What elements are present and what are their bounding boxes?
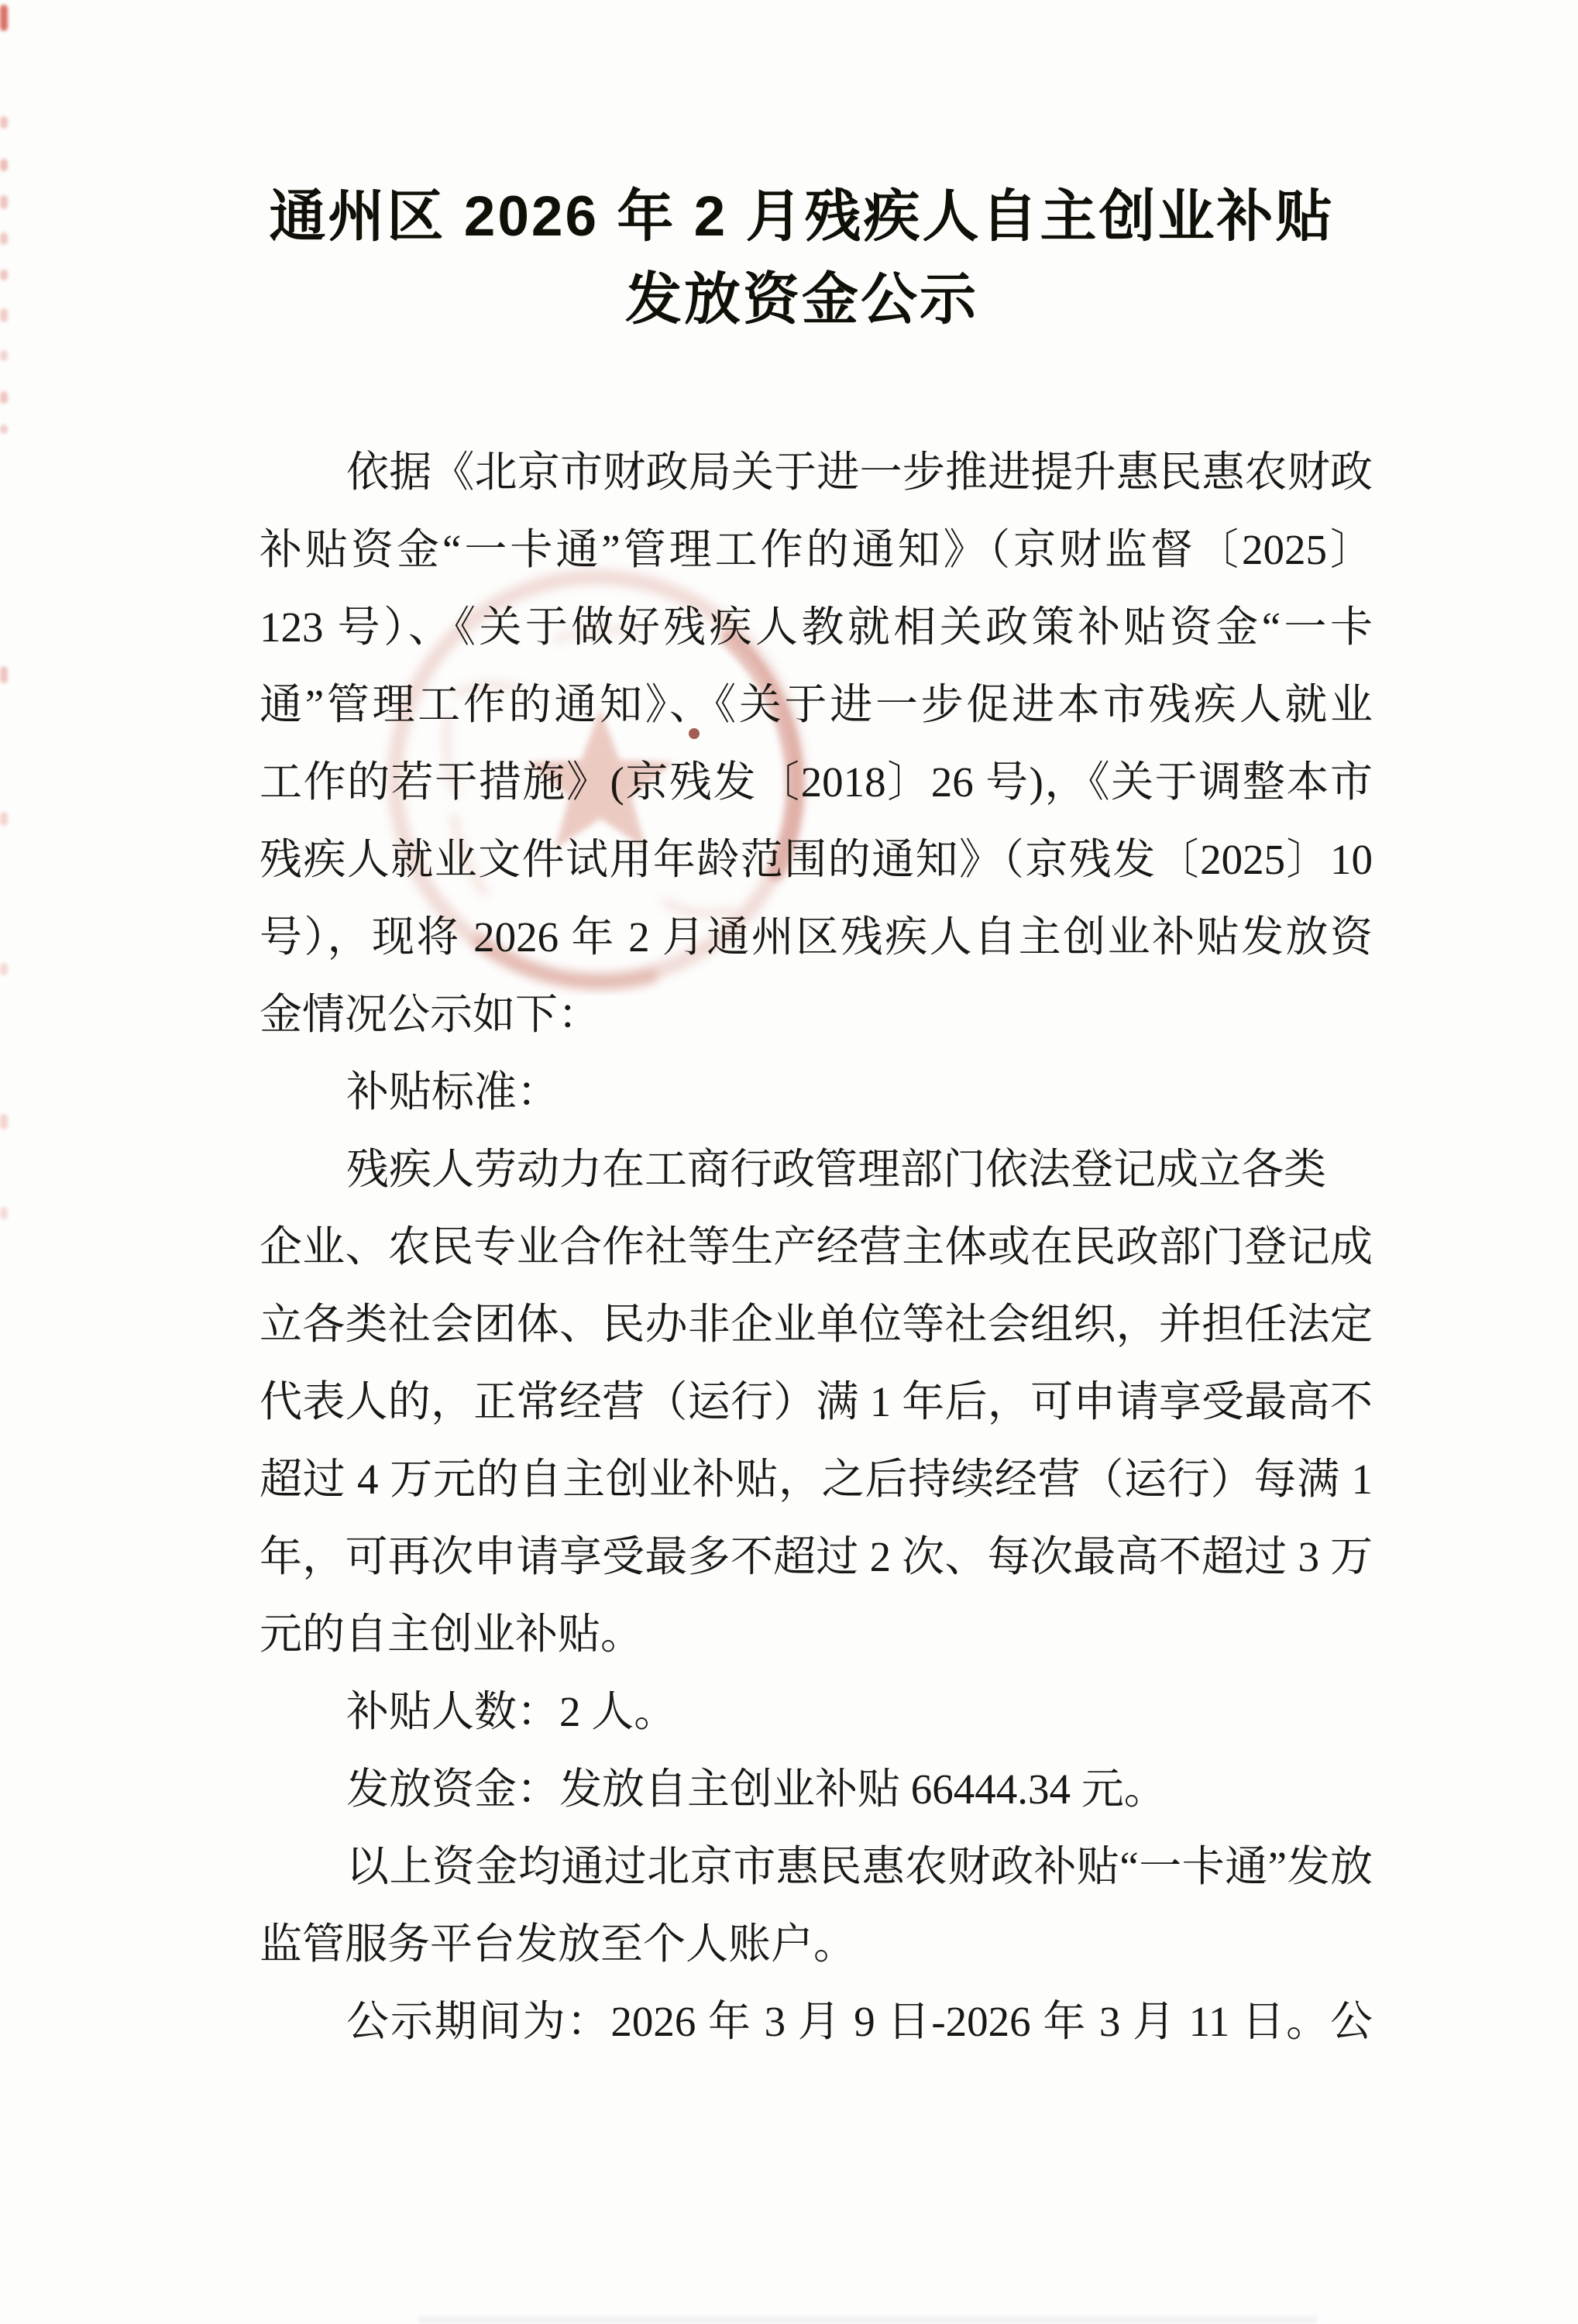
- title-line-2: 发放资金公示: [232, 258, 1371, 341]
- body-line: 依据《北京市财政局关于进一步推进提升惠民惠农财政: [260, 434, 1373, 511]
- body-line: 公示期间为：2026 年 3 月 9 日-2026 年 3 月 11 日。公示: [260, 1983, 1373, 2061]
- scan-edge-artifact: [0, 1207, 8, 1219]
- scan-edge-artifact: [0, 232, 8, 245]
- body-line: 工作的若干措施》(京残发〔2018〕26 号)，《关于调整本市: [260, 744, 1373, 821]
- body-line: 企业、农民专业合作社等生产经营主体或在民政部门登记成: [260, 1208, 1373, 1286]
- body-line: 年，可再次申请享受最多不超过 2 次、每次最高不超过 3 万: [260, 1518, 1373, 1596]
- title-line-1: 通州区 2026 年 2 月残疾人自主创业补贴: [232, 175, 1371, 258]
- body-line: 监管服务平台发放至个人账户。: [260, 1906, 1373, 1983]
- body-line: 立各类社会团体、民办非企业单位等社会组织，并担任法定: [260, 1286, 1373, 1363]
- scan-edge-artifact: [0, 116, 8, 129]
- scan-edge-artifact: [0, 812, 8, 826]
- body-line: 以上资金均通过北京市惠民惠农财政补贴“一卡通”发放: [260, 1828, 1373, 1906]
- scan-edge-artifact: [0, 159, 8, 171]
- body-line: 补贴人数：2 人。: [260, 1673, 1373, 1751]
- scan-edge-artifact: [0, 425, 8, 434]
- body-line: 123 号）、《关于做好残疾人教就相关政策补贴资金“一卡: [260, 589, 1373, 666]
- body-line: 超过 4 万元的自主创业补贴，之后持续经营（运行）每满 1: [260, 1441, 1373, 1518]
- scan-edge-artifact: [0, 350, 8, 361]
- body-line: 号），现将 2026 年 2 月通州区残疾人自主创业补贴发放资: [260, 899, 1373, 976]
- body-line: 残疾人就业文件试用年龄范围的通知》（京残发〔2025〕10: [260, 821, 1373, 899]
- scan-edge-artifact: [0, 308, 8, 322]
- scan-edge-artifact: [0, 270, 8, 280]
- scan-edge-artifact: [0, 1114, 8, 1129]
- cut-off-text-artifact: [418, 2316, 1317, 2323]
- body-line: 补贴资金“一卡通”管理工作的通知》（京财监督〔2025〕: [260, 511, 1373, 589]
- scanned-document-page: 通州区 2026 年 2 月残疾人自主创业补贴 发放资金公示 依据《北京市财政局…: [0, 0, 1578, 2324]
- document-title: 通州区 2026 年 2 月残疾人自主创业补贴 发放资金公示: [232, 175, 1371, 341]
- body-line: 金情况公示如下：: [260, 976, 1373, 1054]
- body-line: 通”管理工作的通知》、《关于进一步促进本市残疾人就业: [260, 666, 1373, 744]
- body-line: 代表人的，正常经营（运行）满 1 年后，可申请享受最高不: [260, 1363, 1373, 1441]
- body-line: 补贴标准：: [260, 1054, 1373, 1131]
- body-line: 发放资金：发放自主创业补贴 66444.34 元。: [260, 1751, 1373, 1828]
- scan-edge-artifact: [0, 963, 8, 975]
- scan-edge-artifact: [0, 195, 8, 209]
- body-line: 残疾人劳动力在工商行政管理部门依法登记成立各类: [260, 1131, 1373, 1208]
- scan-edge-artifact: [0, 666, 8, 683]
- document-body: 依据《北京市财政局关于进一步推进提升惠民惠农财政 补贴资金“一卡通”管理工作的通…: [260, 434, 1373, 2061]
- scan-edge-artifact: [0, 5, 8, 31]
- body-line: 元的自主创业补贴。: [260, 1596, 1373, 1673]
- scan-edge-artifact: [0, 391, 8, 404]
